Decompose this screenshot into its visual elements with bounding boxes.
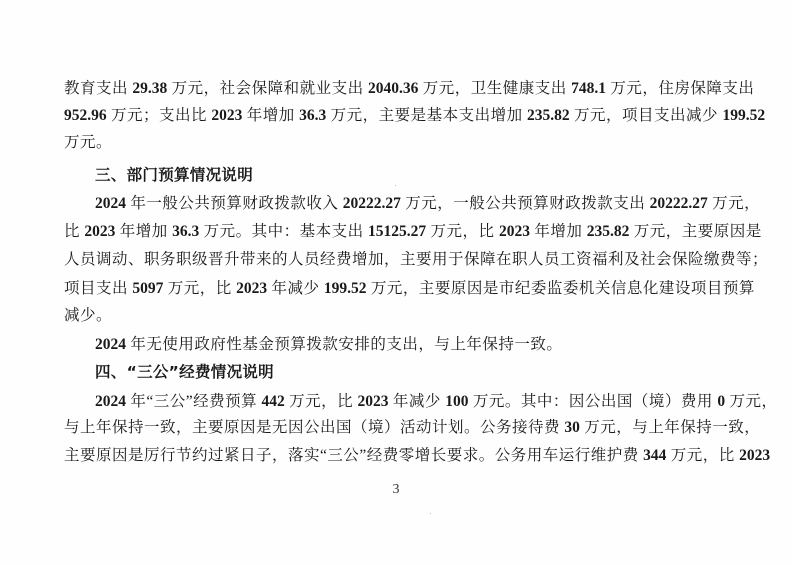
numeric-value: 2023 (358, 393, 389, 410)
paragraph-line: 2024 年“三公”经费预算 442 万元，比 2023 年减少 100 万元。… (95, 388, 728, 416)
numeric-value: 20222.27 (343, 195, 401, 212)
numeric-value: 5097 (132, 280, 163, 297)
numeric-value: 2024 (95, 195, 126, 212)
paragraph-line: 项目支出 5097 万元，比 2023 年减少 199.52 万元，主要原因是市… (64, 275, 728, 303)
numeric-value: 36.3 (299, 107, 326, 124)
numeric-value: 199.52 (324, 280, 367, 297)
numeric-value: 344 (643, 447, 666, 464)
numeric-value: 30 (564, 419, 580, 436)
paragraph-line: 教育支出 29.38 万元，社会保障和就业支出 2040.36 万元，卫生健康支… (64, 75, 728, 103)
scan-speck (395, 185, 396, 186)
numeric-value: 199.52 (722, 107, 765, 124)
paragraph-line: 与上年保持一致，主要原因是无因公出国（境）活动计划。公务接待费 30 万元，与上… (64, 414, 728, 442)
numeric-value: 2023 (499, 223, 530, 240)
numeric-value: 2023 (739, 447, 770, 464)
numeric-value: 20222.27 (650, 195, 708, 212)
numeric-value: 0 (717, 393, 725, 410)
numeric-value: 235.82 (527, 107, 570, 124)
numeric-value: 2023 (84, 223, 115, 240)
numeric-value: 442 (262, 393, 285, 410)
paragraph-line: 2024 年无使用政府性基金预算拨款安排的支出，与上年保持一致。 (95, 331, 728, 359)
paragraph-line: 952.96 万元；支出比 2023 年增加 36.3 万元，主要是基本支出增加… (64, 102, 728, 130)
section-heading-budget: 三、部门预算情况说明 (95, 161, 253, 189)
paragraph-line: 减少。 (64, 302, 728, 330)
numeric-value: 235.82 (587, 223, 630, 240)
numeric-value: 748.1 (571, 80, 606, 97)
numeric-value: 29.38 (132, 80, 167, 97)
paragraph-line: 2024 年一般公共预算财政拨款收入 20222.27 万元，一般公共预算财政拨… (95, 190, 728, 218)
section-heading-three-public: 四、“三公”经费情况说明 (95, 358, 274, 386)
document-page: 教育支出 29.38 万元，社会保障和就业支出 2040.36 万元，卫生健康支… (0, 0, 792, 565)
paragraph-line: 主要原因是厉行节约过紧日子，落实“三公”经费零增长要求。公务用车运行维护费 34… (64, 442, 728, 470)
numeric-value: 2023 (211, 107, 242, 124)
paragraph-line: 万元。 (64, 129, 728, 157)
page-number: 3 (386, 482, 406, 498)
numeric-value: 2023 (236, 280, 267, 297)
numeric-value: 100 (445, 393, 468, 410)
paragraph-line: 人员调动、职务职级晋升带来的人员经费增加，主要用于保障在职人员工资福利及社会保险… (64, 246, 728, 274)
paragraph-line: 比 2023 年增加 36.3 万元。其中：基本支出 15125.27 万元，比… (64, 218, 728, 246)
numeric-value: 36.3 (172, 223, 199, 240)
numeric-value: 2024 (95, 336, 126, 353)
numeric-value: 2024 (95, 393, 126, 410)
numeric-value: 2040.36 (368, 80, 418, 97)
scan-speck (430, 513, 431, 514)
numeric-value: 15125.27 (368, 223, 426, 240)
numeric-value: 952.96 (64, 107, 107, 124)
